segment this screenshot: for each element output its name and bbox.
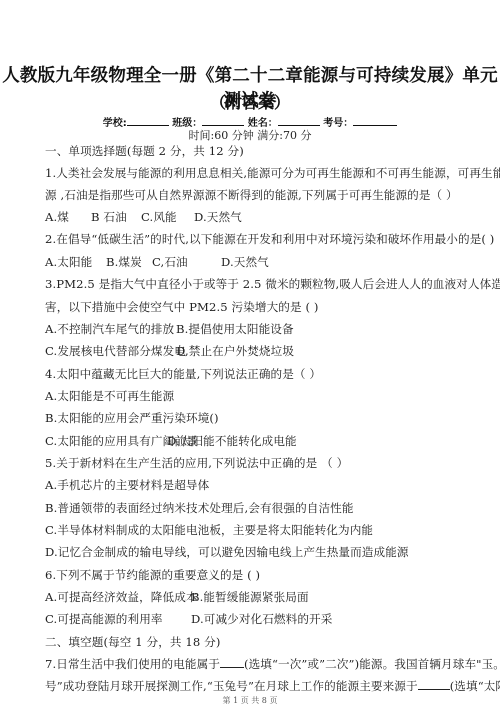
school-blank[interactable] bbox=[127, 114, 169, 126]
option-a: A.太阳能是不可再生能源 bbox=[45, 388, 174, 404]
option-b: B 石油 bbox=[91, 209, 141, 225]
option-c: C,石油 bbox=[152, 254, 221, 270]
question-7-text: (选填“太阳 bbox=[450, 679, 500, 693]
option-c: C.太阳能的应用具有广阔前景 bbox=[45, 433, 167, 449]
name-blank[interactable] bbox=[278, 114, 320, 126]
option-b: B.普通领带的表面经过纳米技术处理后,会有很强的自洁性能 bbox=[45, 500, 354, 516]
option-a: A.可提高经济效益，降低成本 bbox=[45, 589, 191, 605]
question-7-text: 号”成功登陆月球开展探测工作,“玉兔号”在月球上工作的能源主要来源于 bbox=[45, 679, 418, 693]
class-blank[interactable] bbox=[202, 114, 244, 126]
question-4-options-cd: C.太阳能的应用具有广阔前景D.太阳能不能转化成电能 bbox=[45, 433, 297, 449]
option-c: C.发展核电代替部分煤发电 bbox=[45, 343, 176, 359]
option-d: D.天然气 bbox=[194, 209, 242, 225]
exam-number-blank[interactable] bbox=[353, 114, 397, 126]
option-a: A.煤 bbox=[45, 209, 91, 225]
answer-blank[interactable] bbox=[220, 656, 244, 668]
question-3-options-cd: C.发展核电代替部分煤发电D,禁止在户外焚烧垃圾 bbox=[45, 343, 294, 359]
option-b: B.煤炭 bbox=[106, 254, 152, 270]
document-subtitle: （附答案） bbox=[0, 90, 500, 113]
option-a: A.手机芯片的主要材料是超导体 bbox=[45, 477, 209, 493]
question-5-stem: 5.关于新材料在生产生活的应用,下列说法中正确的是 （ ） bbox=[45, 455, 348, 471]
section-heading: 二、填空题(每空 1 分，共 18 分) bbox=[45, 634, 220, 650]
option-d: D.太阳能不能转化成电能 bbox=[167, 433, 297, 449]
option-b: B.能暂缓能源紧张局面 bbox=[191, 589, 309, 605]
question-6-options-ab: A.可提高经济效益，降低成本B.能暂缓能源紧张局面 bbox=[45, 589, 309, 605]
option-c: C.可提高能源的利用率 bbox=[45, 611, 191, 627]
option-b: B.太阳能的应用会严重污染环境() bbox=[45, 410, 219, 426]
document-page: 人教版九年级物理全一册《第二十二章能源与可持续发展》单元测试卷 （附答案） 学校… bbox=[0, 0, 500, 707]
question-4-stem: 4.太阳中蕴藏无比巨大的能量,下列说法正确的是（ ） bbox=[45, 366, 321, 382]
question-3-options-ab: A.不控制汽车尾气的排放B.提倡使用太阳能设备 bbox=[45, 321, 294, 337]
option-a: A.太阳能 bbox=[45, 254, 106, 270]
answer-blank[interactable] bbox=[418, 678, 450, 690]
question-7-text: (选填“一次”或”二次”)能源。我国首辆月球车"玉。兔 bbox=[244, 657, 500, 671]
question-7-text: 7.日常生活中我们使用的电能属于 bbox=[45, 657, 220, 671]
option-d: D.天然气 bbox=[221, 254, 269, 270]
exam-info: 时间:60 分钟 满分:70 分 bbox=[0, 127, 500, 143]
question-7-line-1: 7.日常生活中我们使用的电能属于(选填“一次”或”二次”)能源。我国首辆月球车"… bbox=[45, 656, 500, 672]
page-footer: 第 1 页 共 8 页 bbox=[0, 695, 500, 706]
option-b: B.提倡使用太阳能设备 bbox=[176, 321, 294, 337]
option-c: C.风能 bbox=[141, 209, 194, 225]
option-d: D,禁止在户外焚烧垃圾 bbox=[176, 343, 294, 359]
question-7-line-2: 号”成功登陆月球开展探测工作,“玉兔号”在月球上工作的能源主要来源于(选填“太阳 bbox=[45, 678, 500, 694]
option-a: A.不控制汽车尾气的排放 bbox=[45, 321, 176, 337]
question-6-options-cd: C.可提高能源的利用率D.可减少对化石燃料的开采 bbox=[45, 611, 332, 627]
option-d: D.可减少对化石燃料的开采 bbox=[191, 611, 332, 627]
section-heading: 一、单项选择题(每题 2 分，共 12 分) bbox=[45, 143, 244, 159]
option-d: D.记忆合金制成的输电导线，可以避免因输电线上产生热量而造成能源 bbox=[45, 544, 409, 560]
option-c: C.半导体材料制成的太阳能电池板，主要是将太阳能转化为内能 bbox=[45, 522, 373, 538]
question-3-stem-cont: 害，以下措施中会使空气中 PM2.5 污染增大的是 ( ) bbox=[45, 299, 319, 315]
question-3-stem: 3.PM2.5 是指大气中直径小于或等于 2.5 微米的颗粒物,吸人后会进人人的… bbox=[45, 276, 500, 292]
question-2-options: A.太阳能B.煤炭C,石油D.天然气 bbox=[45, 254, 269, 270]
question-1-stem-cont: 源 ,石油是指那些可从自然界源源不断得到的能源,下列属于可再生能源的是（ ） bbox=[45, 187, 458, 203]
question-2-stem: 2.在倡导“低碳生活”的时代,以下能源在开发和利用中对环境污染和破坏作用最小的是… bbox=[45, 231, 494, 247]
question-1-stem: 1.人类社会发展与能源的利用息息相关,能源可分为可再生能源和不可再生能源，可再生… bbox=[45, 165, 500, 181]
question-1-options: A.煤B 石油C.风能D.天然气 bbox=[45, 209, 242, 225]
question-6-stem: 6.下列不属于节约能源的重要意义的是 ( ) bbox=[45, 567, 260, 583]
